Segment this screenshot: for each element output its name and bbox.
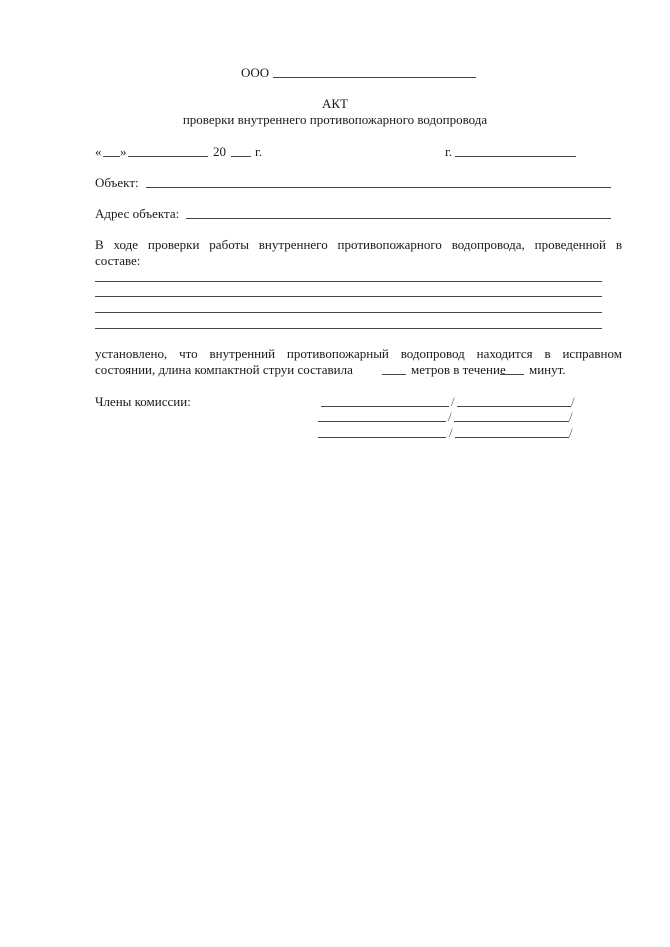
- composition-line-2[interactable]: [95, 296, 602, 297]
- city-field[interactable]: [455, 156, 576, 157]
- city-prefix: г.: [445, 145, 452, 158]
- org-prefix: ООО: [241, 65, 269, 80]
- signature-1-end-separator: /: [571, 395, 575, 408]
- paragraph-1-line-2: составе:: [95, 254, 140, 267]
- composition-line-1[interactable]: [95, 281, 602, 282]
- jet-length-field[interactable]: [382, 374, 406, 375]
- object-field[interactable]: [146, 187, 611, 188]
- document-title: АКТ: [0, 97, 670, 110]
- paragraph-2-line-1: установлено, что внутренний противопожар…: [95, 347, 622, 360]
- org-name-field[interactable]: [273, 77, 476, 78]
- signature-3-separator: /: [449, 426, 453, 439]
- composition-line-3[interactable]: [95, 312, 602, 313]
- month-field[interactable]: [128, 156, 208, 157]
- signature-3-name-field[interactable]: [455, 437, 569, 438]
- commission-members-label: Члены комиссии:: [95, 395, 191, 408]
- paragraph-2-part-3: минут.: [529, 363, 566, 376]
- paragraph-1-line-1-text: В ходе проверки работы внутреннего проти…: [95, 238, 622, 251]
- composition-line-4[interactable]: [95, 328, 602, 329]
- paragraph-2-line-1-text: установлено, что внутренний противопожар…: [95, 347, 622, 360]
- address-field[interactable]: [186, 218, 611, 219]
- year-suffix: г.: [255, 145, 262, 158]
- document-subtitle: проверки внутреннего противопожарного во…: [0, 113, 670, 126]
- date-close-quote: »: [120, 145, 127, 158]
- address-label: Адрес объекта:: [95, 207, 179, 220]
- signature-2-name-field[interactable]: [454, 421, 569, 422]
- day-field[interactable]: [103, 156, 120, 157]
- signature-2-sign-field[interactable]: [318, 421, 446, 422]
- duration-field[interactable]: [500, 374, 524, 375]
- signature-2-separator: /: [448, 410, 452, 423]
- date-open-quote: «: [95, 145, 102, 158]
- paragraph-1-line-1: В ходе проверки работы внутреннего проти…: [95, 238, 622, 251]
- signature-1-sign-field[interactable]: [321, 406, 449, 407]
- signature-3-end-separator: /: [569, 426, 573, 439]
- signature-3-sign-field[interactable]: [318, 437, 446, 438]
- paragraph-2-part-2: метров в течение: [411, 363, 506, 376]
- signature-1-separator: /: [451, 395, 455, 408]
- signature-1-name-field[interactable]: [457, 406, 571, 407]
- paragraph-2-part-1: состоянии, длина компактной струи состав…: [95, 362, 353, 377]
- year-field[interactable]: [231, 156, 251, 157]
- object-label: Объект:: [95, 176, 139, 189]
- signature-2-end-separator: /: [569, 410, 573, 423]
- year-prefix: 20: [213, 145, 226, 158]
- org-line: ООО: [241, 66, 269, 79]
- paragraph-2-line-2: состоянии, длина компактной струи состав…: [95, 363, 353, 376]
